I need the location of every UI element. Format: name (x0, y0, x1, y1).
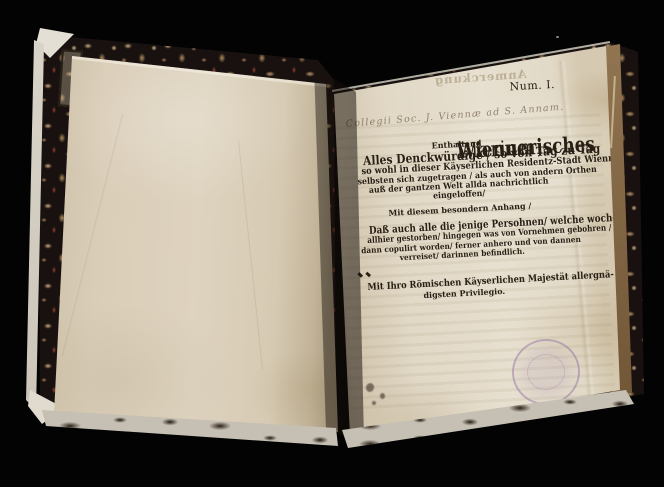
dust-speck (556, 36, 559, 38)
ink-smudge (372, 401, 376, 405)
photo-background: Anmerckung Num. I. Collegii Soc. J. Vien… (0, 0, 664, 487)
page-crease (238, 141, 263, 370)
divider-finial-icon (365, 272, 371, 278)
page-crease (62, 114, 123, 357)
library-stamp-inner-ring (525, 352, 568, 393)
printed-text-block: Num. I. Collegii Soc. J. Viennæ ad S. An… (344, 79, 574, 303)
handwritten-ownership-note: Collegii Soc. J. Viennæ ad S. Annam. (345, 103, 564, 130)
ink-smudge (380, 393, 385, 399)
